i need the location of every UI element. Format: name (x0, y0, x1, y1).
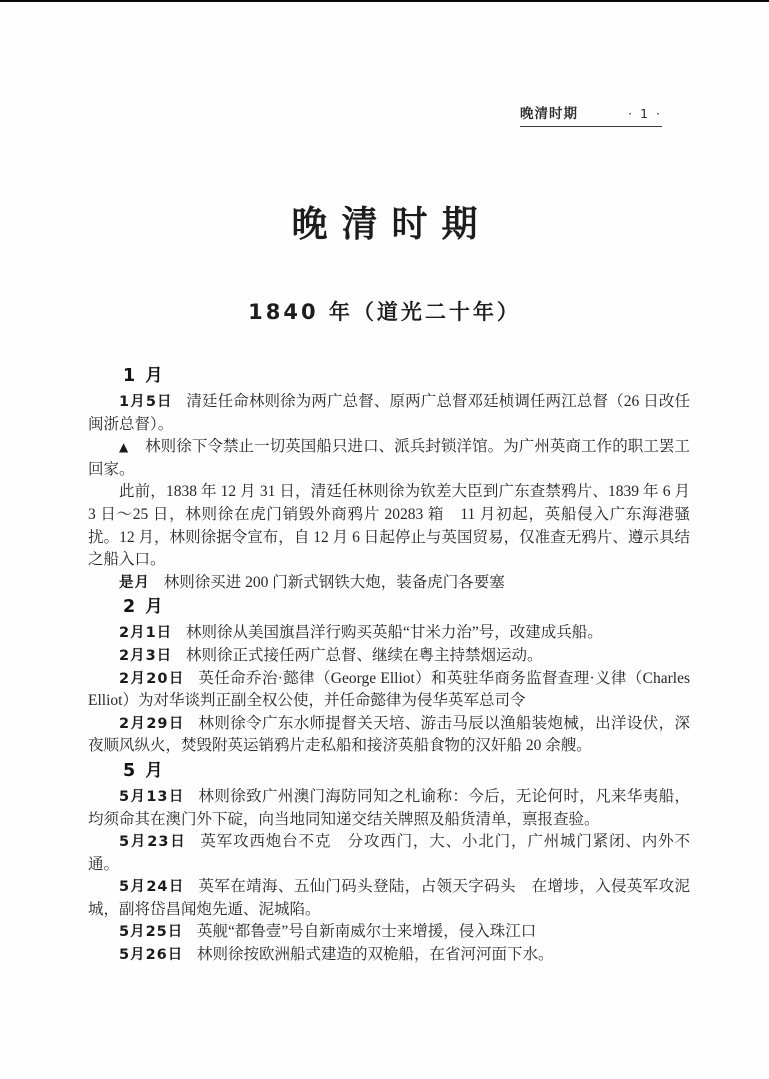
event-date: 2月1日 (119, 625, 172, 641)
year-subtitle: 1840 年（道光二十年） (0, 296, 769, 326)
event-text: 林则徐正式接任两广总督、继续在粤主持禁烟运动。 (186, 647, 543, 664)
event-entry: 是月林则徐买进 200 门新式钢铁大炮，装备虎门各要塞 (88, 572, 690, 595)
event-entry: 5月23日英军攻西炮台不克 分攻西门，大、小北门，广州城门紧闭、内外不通。 (88, 831, 690, 876)
event-entry: 2月1日林则徐从美国旗昌洋行购买英船“甘米力治”号，改建成兵船。 (88, 622, 690, 645)
event-text: 林则徐按欧洲船式建造的双桅船，在省河河面下水。 (197, 946, 554, 963)
month-heading: 2 月 (88, 595, 690, 620)
event-entry: 2月29日林则徐令广东水师提督关天培、游击马辰以渔船装炮械，出洋设伏，深夜顺风纵… (88, 713, 690, 758)
event-date: 是月 (119, 575, 150, 591)
event-entry: 5月13日林则徐致广州澳门海防同知之札谕称：今后，无论何时，凡来华夷船，均须命其… (88, 786, 690, 831)
event-date: 2月20日 (119, 671, 185, 687)
event-entry: 5月24日英军在靖海、五仙门码头登陆，占领天字码头 在增埗，入侵英军攻泥城，副将… (88, 876, 690, 921)
scan-edge-line (0, 0, 769, 2)
running-header-title: 晚清时期 (520, 102, 578, 122)
event-entry: 此前，1838 年 12 月 31 日，清廷任林则徐为钦差大臣到广东查禁鸦片、1… (88, 481, 690, 571)
event-entry: 2月20日英任命乔治·懿律（George Elliot）和英驻华商务监督查理·义… (88, 668, 690, 713)
running-header: 晚清时期 · 1 · (520, 102, 662, 127)
scanned-book-page: 晚清时期 · 1 · 晚清时期 1840 年（道光二十年） 1 月1月5日清廷任… (0, 0, 769, 1079)
triangle-marker: ▲ (119, 440, 128, 454)
event-entry: 2月3日林则徐正式接任两广总督、继续在粤主持禁烟运动。 (88, 645, 690, 668)
event-text: 清廷任命林则徐为两广总督、原两广总督邓廷桢调任两江总督（26 日改任闽浙总督）。 (88, 393, 690, 433)
event-date: 5月24日 (119, 879, 185, 895)
event-text: 林则徐从美国旗昌洋行购买英船“甘米力治”号，改建成兵船。 (186, 624, 603, 641)
page-number: · 1 · (628, 106, 662, 121)
event-entry: 5月25日英舰“都鲁壹”号自新南威尔士来增援，侵入珠江口 (88, 921, 690, 944)
event-date: 5月25日 (119, 924, 183, 940)
month-heading: 1 月 (88, 364, 690, 389)
event-entry: 1月5日清廷任命林则徐为两广总督、原两广总督邓廷桢调任两江总督（26 日改任闽浙… (88, 391, 690, 436)
month-heading: 5 月 (88, 759, 690, 784)
event-text: 林则徐下令禁止一切英国船只进口、派兵封锁洋馆。为广州英商工作的职工罢工回家。 (88, 438, 690, 478)
event-date: 5月26日 (119, 947, 183, 963)
event-date: 2月3日 (119, 648, 172, 664)
event-text: 英舰“都鲁壹”号自新南威尔士来增援，侵入珠江口 (197, 923, 536, 940)
event-entry: 5月26日林则徐按欧洲船式建造的双桅船，在省河河面下水。 (88, 944, 690, 967)
chronicle-body: 1 月1月5日清廷任命林则徐为两广总督、原两广总督邓廷桢调任两江总督（26 日改… (88, 363, 690, 967)
event-date: 5月23日 (119, 834, 187, 850)
event-text: 林则徐买进 200 门新式钢铁大炮，装备虎门各要塞 (164, 574, 505, 591)
event-date: 2月29日 (119, 716, 185, 732)
event-text: 此前，1838 年 12 月 31 日，清廷任林则徐为钦差大臣到广东查禁鸦片、1… (88, 483, 690, 568)
event-date: 5月13日 (119, 789, 185, 805)
event-entry: ▲林则徐下令禁止一切英国船只进口、派兵封锁洋馆。为广州英商工作的职工罢工回家。 (88, 436, 690, 481)
event-date: 1月5日 (119, 394, 173, 410)
chapter-title: 晚清时期 (0, 196, 769, 247)
